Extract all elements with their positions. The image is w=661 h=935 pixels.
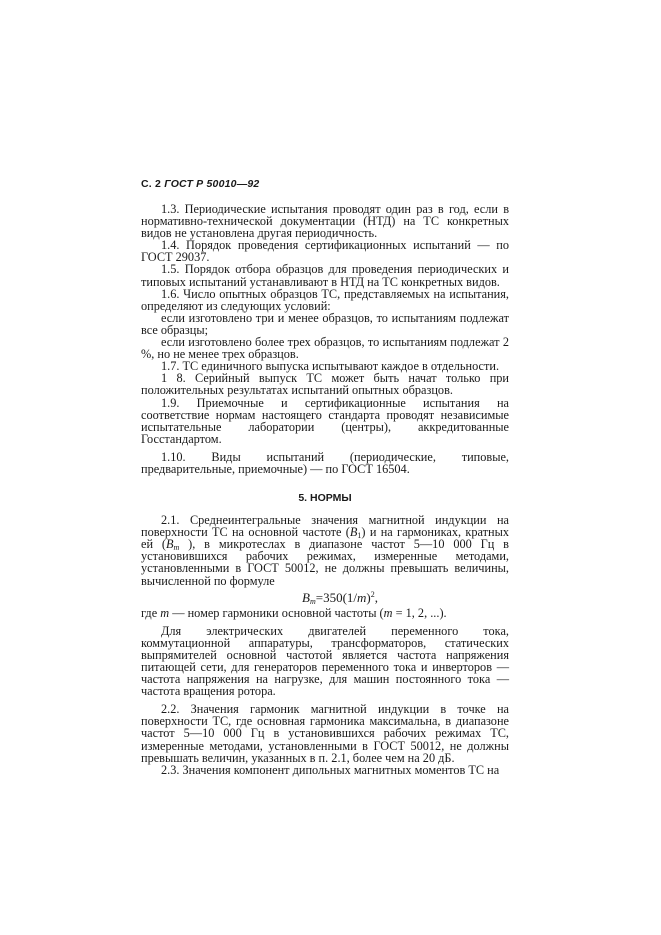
paragraph-1-10: 1.10. Виды испытаний (периодические, тип… (141, 451, 509, 475)
formula-symbol: B (302, 590, 310, 605)
paragraph-1-3: 1.3. Периодические испытания проводят од… (141, 203, 509, 239)
text-run: где (141, 606, 160, 620)
paragraph-1-6-condition-a: если изготовлено три и менее образцов, т… (141, 312, 509, 336)
paragraph-2-2: 2.2. Значения гармоник магнитной индукци… (141, 703, 509, 763)
formula-explanation: где m — номер гармоники основной частоты… (141, 607, 509, 619)
standard-code: ГОСТ Р 50010—92 (164, 178, 259, 190)
formula-text: =350(1/ (316, 590, 357, 605)
paragraph-1-6-condition-b: если изготовлено более трех образцов, то… (141, 336, 509, 360)
paragraph-1-6: 1.6. Число опытных образцов ТС, представ… (141, 288, 509, 312)
text-run: ), в микротеслах в диапазоне частот 5—10… (141, 537, 509, 587)
document-page: С. 2 ГОСТ Р 50010—92 1.3. Периодические … (141, 178, 509, 776)
paragraph-2-1: 2.1. Среднеинтегральные значения магнитн… (141, 514, 509, 587)
paragraph-motors: Для электрических двигателей переменного… (141, 625, 509, 698)
page-header: С. 2 ГОСТ Р 50010—92 (141, 178, 509, 190)
text-run: = 1, 2, ...). (393, 606, 447, 620)
page-number: С. 2 (141, 178, 161, 190)
paragraph-1-8: 1 8. Серийный выпуск ТС может быть начат… (141, 372, 509, 396)
paragraph-1-4: 1.4. Порядок проведения сертификационных… (141, 239, 509, 263)
formula-text: , (375, 590, 378, 605)
variable: m (384, 606, 393, 620)
paragraph-1-5: 1.5. Порядок отбора образцов для проведе… (141, 263, 509, 287)
formula: Bm=350(1/m)2, (141, 590, 509, 605)
variable: m (160, 606, 169, 620)
formula-variable: m (357, 590, 366, 605)
paragraph-2-3: 2.3. Значения компонент дипольных магнит… (141, 764, 509, 776)
paragraph-1-9: 1.9. Приемочные и сертификационные испыт… (141, 397, 509, 445)
section-heading: 5. НОРМЫ (141, 492, 509, 504)
text-run: — номер гармоники основной частоты ( (169, 606, 384, 620)
